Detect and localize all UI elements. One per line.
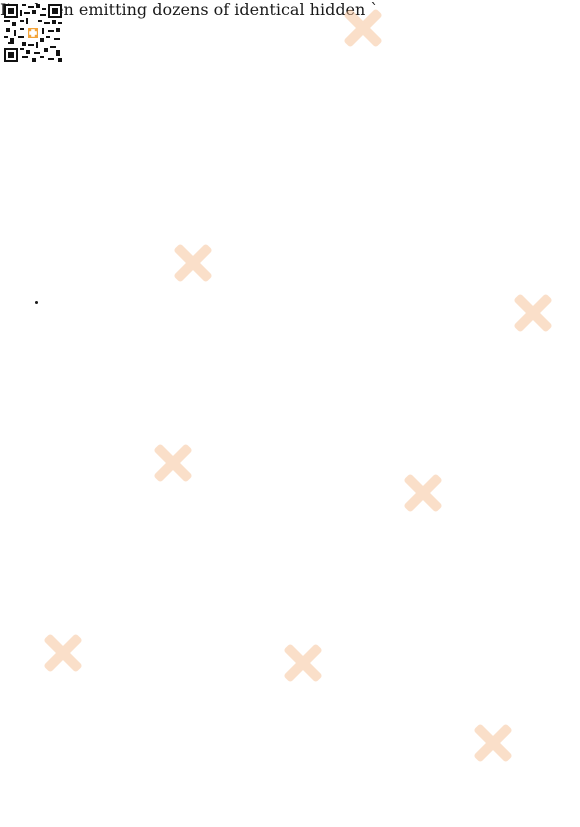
watermark-logo-icon — [390, 460, 455, 525]
watermark-logo-icon — [460, 710, 525, 775]
watermark-logo-icon — [140, 430, 205, 495]
watermark-logo-icon — [30, 620, 95, 685]
exam-page: I've been emitting dozens of identical h… — [0, 0, 580, 827]
qr-code-icon[interactable] — [4, 4, 62, 62]
watermark-logo-icon — [330, 0, 395, 61]
watermark-logo-icon — [270, 630, 335, 695]
section-heading — [0, 157, 580, 173]
watermark-layer — [0, 0, 580, 827]
watermark-logo-icon — [160, 230, 225, 295]
watermark-logo-icon — [500, 280, 565, 345]
